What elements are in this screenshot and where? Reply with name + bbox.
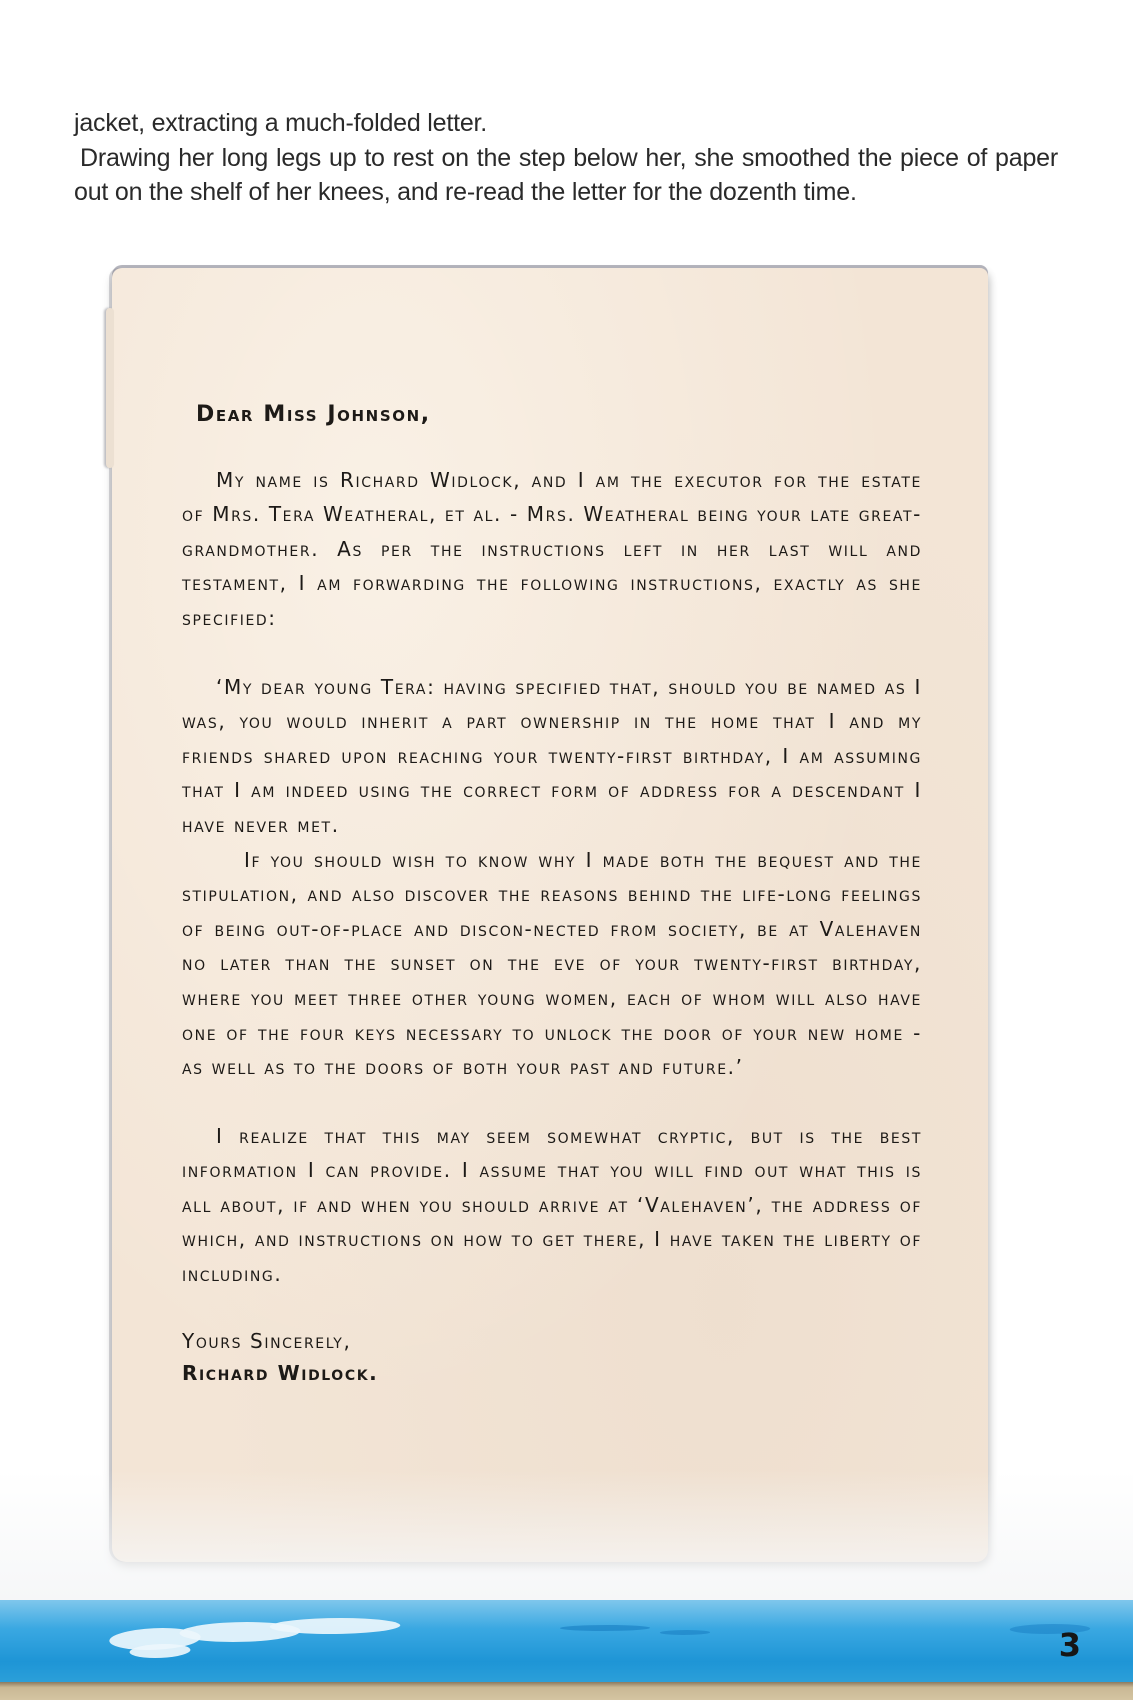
letter-quote-paragraph: If you should wish to know why I made bo… — [182, 843, 922, 1085]
water-splash-decoration — [264, 1618, 405, 1634]
page-number: 3 — [1059, 1626, 1081, 1664]
prose-paragraph: Drawing her long legs up to rest on the … — [74, 141, 1058, 210]
letter-paper: Dear Miss Johnson, My name is Richard Wi… — [112, 268, 988, 1562]
water-splash-decoration — [558, 1625, 652, 1631]
prose-paragraph: jacket, extracting a much-folded letter. — [74, 106, 1058, 141]
water-splash-decoration — [658, 1630, 712, 1635]
letter-signature: Richard Widlock. — [182, 1356, 922, 1391]
letter-closing: Yours Sincerely, — [182, 1326, 922, 1356]
letter-salutation: Dear Miss Johnson, — [196, 398, 922, 433]
story-prose: jacket, extracting a much-folded letter.… — [74, 106, 1058, 210]
letter-quote-paragraph: ‘My dear young Tera: having specified th… — [182, 670, 922, 843]
footer-sand-strip — [0, 1682, 1133, 1700]
letter-paragraph: My name is Richard Widlock, and I am the… — [182, 463, 922, 636]
letter-paragraph: I realize that this may seem somewhat cr… — [182, 1119, 922, 1292]
footer-water-band — [0, 1600, 1133, 1682]
handwritten-letter: Dear Miss Johnson, My name is Richard Wi… — [182, 398, 922, 1390]
